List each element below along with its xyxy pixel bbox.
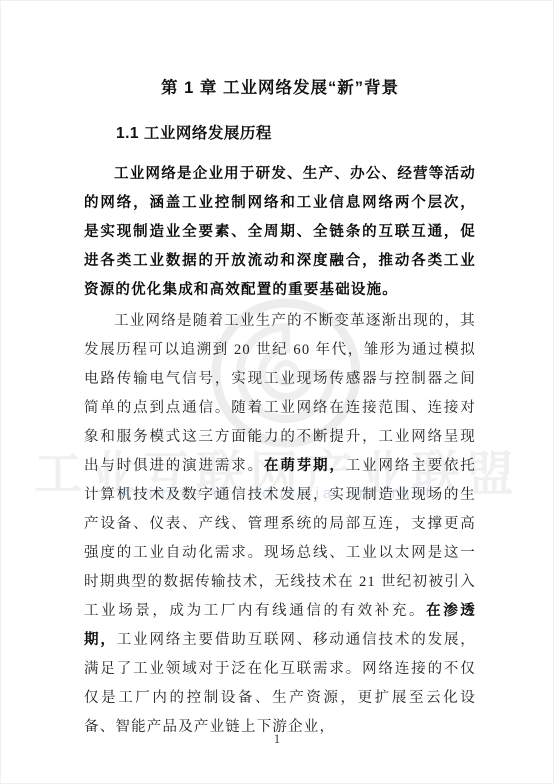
chapter-title: 第 1 章 工业网络发展“新”背景 [84, 77, 476, 99]
body-paragraph: 工业网络是随着工业生产的不断变革逐渐出现的，其发展历程可以追溯到 20 世纪 6… [84, 307, 476, 742]
body-run-3: 工业网络主要依托计算机技术及数字通信技术发展，实现制造业现场的生产设备、仪表、产… [84, 458, 476, 619]
document-page: 工业互联网产业联盟 Alliance of Industrial Interne… [0, 0, 554, 784]
section-heading: 1.1 工业网络发展历程 [116, 123, 476, 145]
lead-paragraph-text: 工业网络是企业用于研发、生产、办公、经营等活动的网络，涵盖工业控制网络和工业信息… [84, 166, 476, 298]
body-run-5: 工业网络主要借助互联网、移动通信技术的发展，满足了工业领域对于泛在化互联需求。网… [84, 632, 476, 735]
page-number: 1 [1, 732, 553, 747]
page-content: 第 1 章 工业网络发展“新”背景 1.1 工业网络发展历程 工业网络是企业用于… [84, 77, 476, 742]
lead-paragraph: 工业网络是企业用于研发、生产、办公、经营等活动的网络，涵盖工业控制网络和工业信息… [84, 160, 476, 305]
body-run-1: 工业网络是随着工业生产的不断变革逐渐出现的，其发展历程可以追溯到 20 世纪 6… [84, 313, 476, 474]
body-run-2-bold: 在萌芽期， [264, 458, 346, 474]
